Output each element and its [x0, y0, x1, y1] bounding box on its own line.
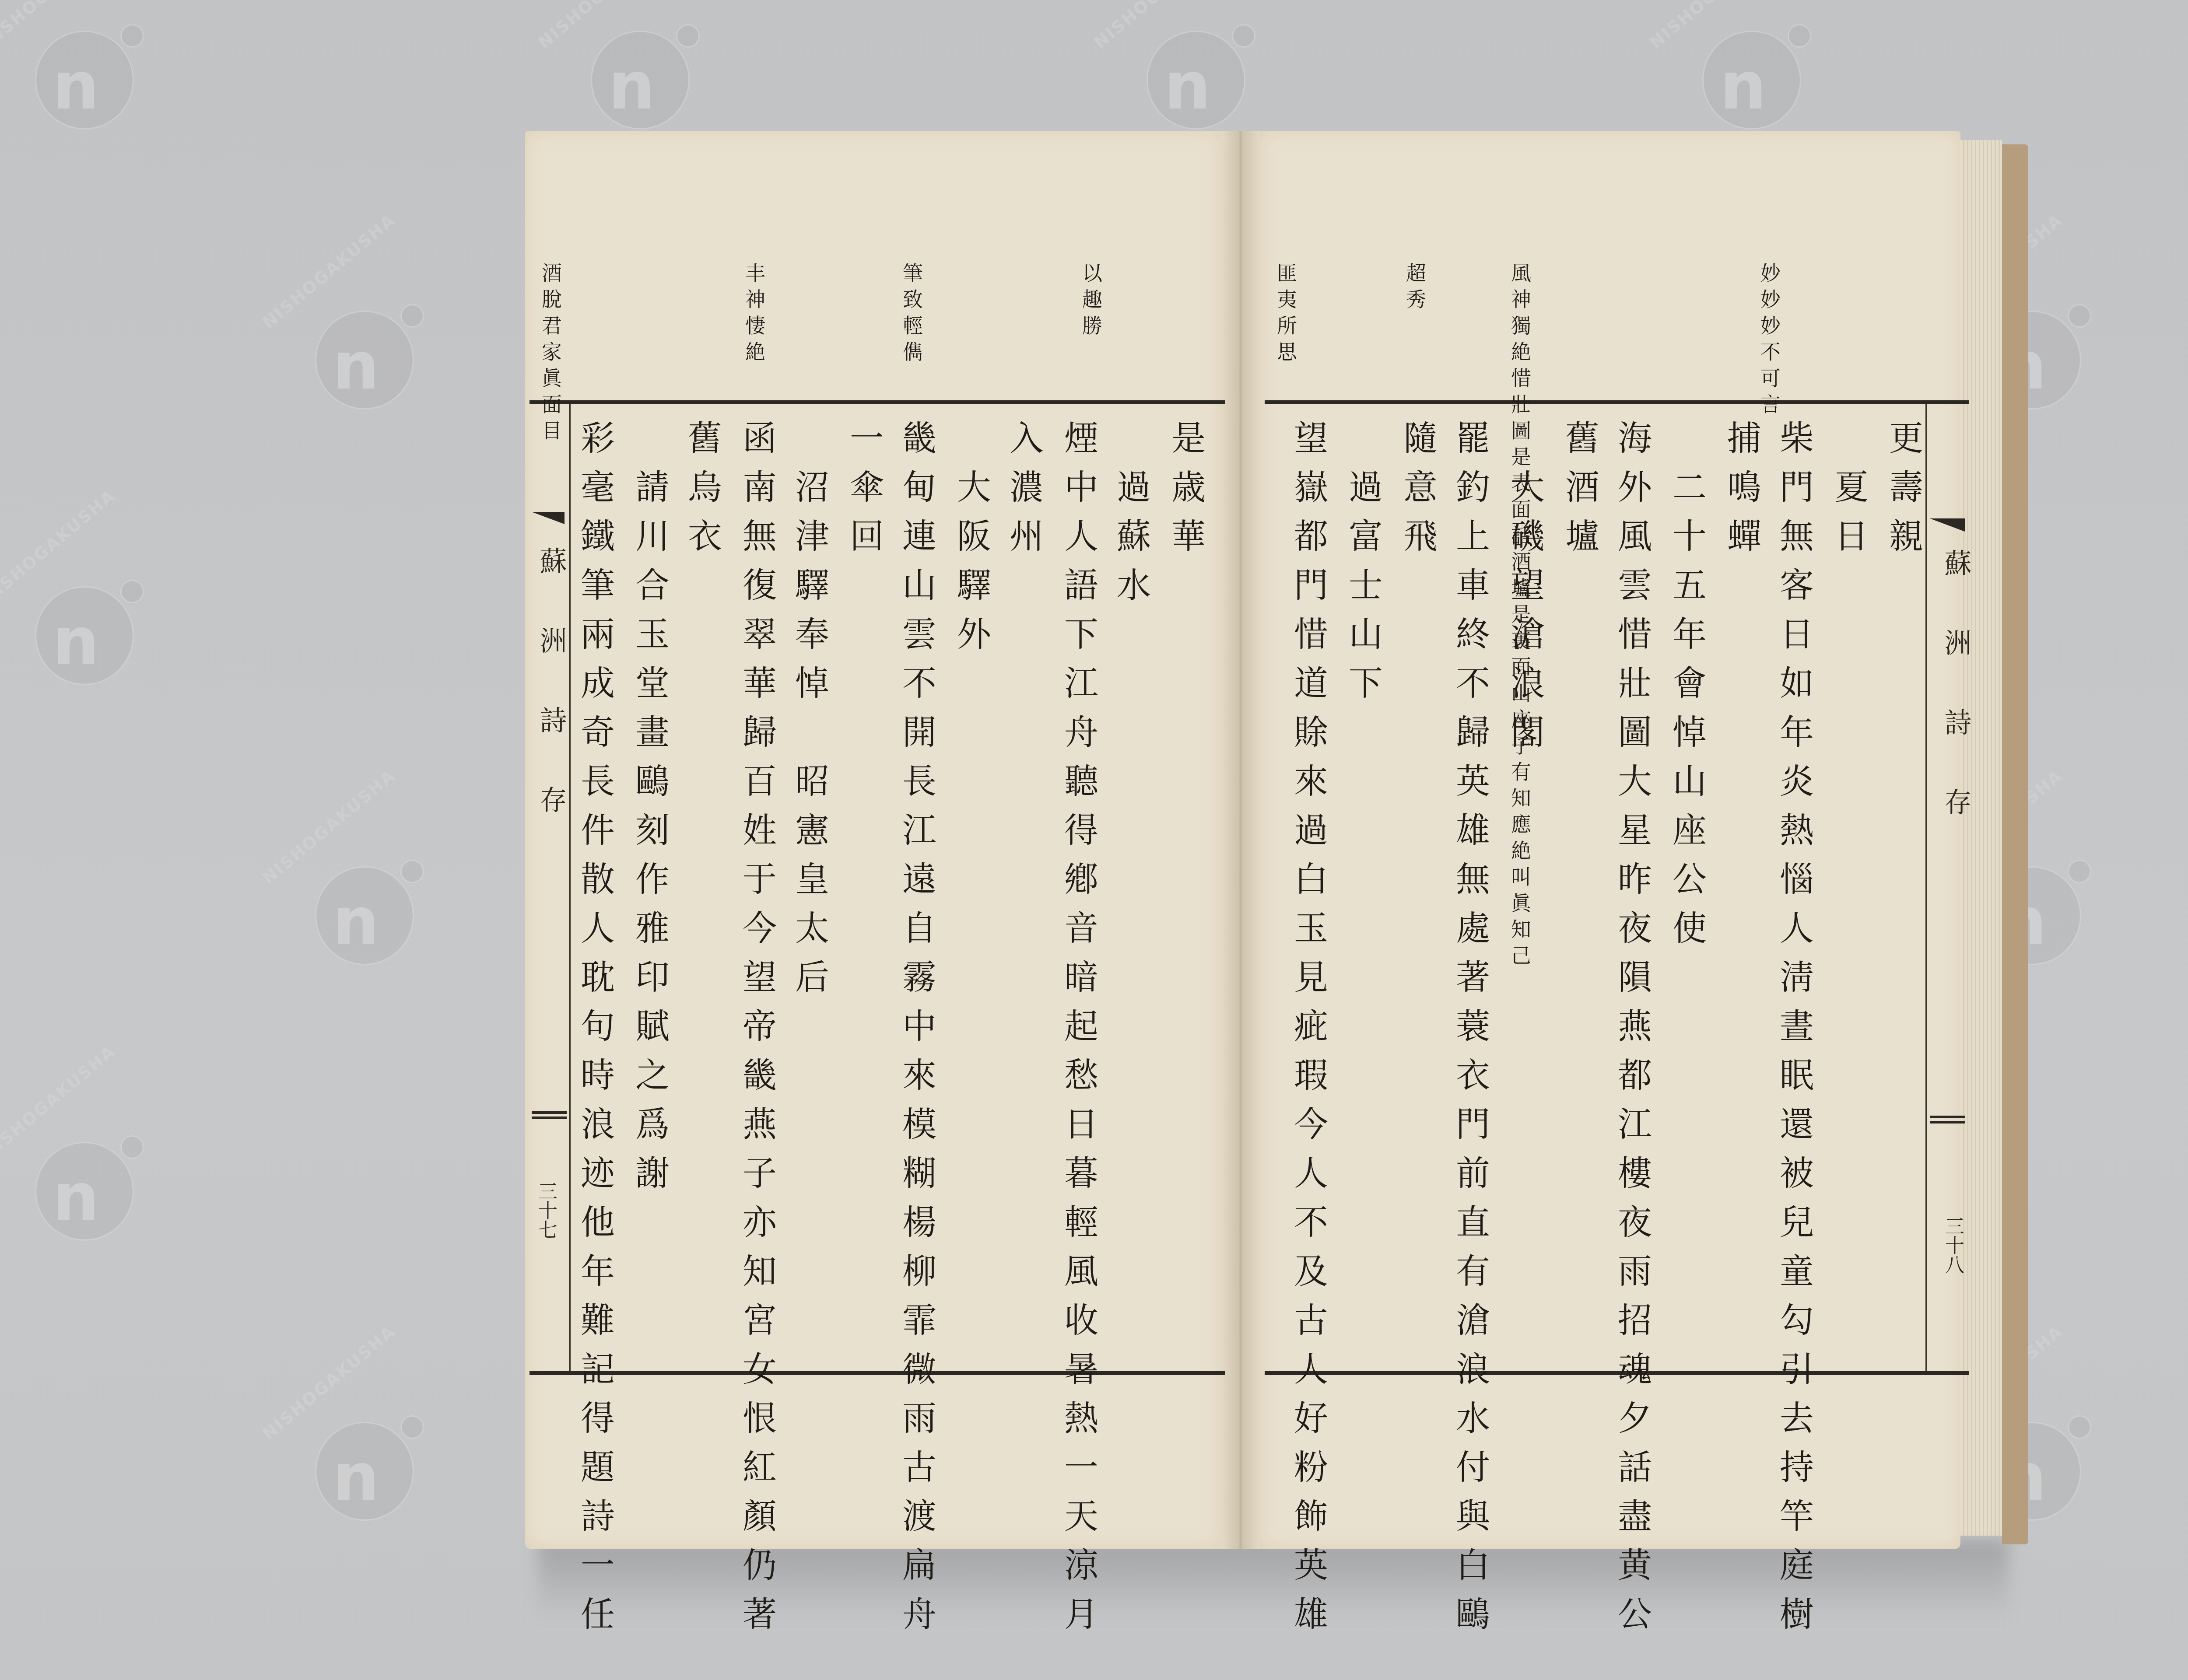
left-col-8: 沼津驛奉悼 昭憲皇太后	[792, 420, 826, 1008]
right-col-11: 過富士山下	[1346, 420, 1380, 714]
left-col-3: 煙中人語下江舟聽得鄕音暗起愁日暮輕風收暑熱一天涼月	[1061, 420, 1095, 1645]
left-head-note-3: 丰神悽絶	[744, 262, 764, 394]
left-col-7: 一傘回	[847, 420, 881, 567]
left-col-12: 彩毫鐵筆兩成奇長件散人耽句時浪迹他年難記得題詩一任	[578, 420, 612, 1645]
left-col-9: 函南無復翠華歸百姓于今望帝畿燕子亦知宮女恨紅顏仍著	[740, 420, 774, 1645]
left-fishtail-mark	[532, 512, 565, 524]
right-head-note-4: 匪夷所思	[1276, 262, 1296, 367]
left-head-note-1: 以趣勝	[1081, 262, 1101, 341]
right-col-9: 罷釣上車終不歸英雄無處著蓑衣門前直有滄浪水付與白鷗	[1453, 420, 1487, 1645]
left-col-11: 請川合玉堂畫鷗刻作雅印賦之爲謝	[632, 420, 666, 1204]
right-fold-rule	[1925, 404, 1927, 1371]
left-col-4: 入濃州	[1006, 420, 1041, 567]
right-col-4: 捕鳴蟬	[1724, 420, 1758, 567]
right-head-note-3: 超秀	[1405, 262, 1425, 315]
left-double-rule	[532, 1111, 567, 1119]
right-col-3: 柴門無客日如年炎熱惱人淸晝眠還被兒童勾引去持竿庭樹	[1777, 420, 1811, 1645]
left-head-note-4: 酒脫君家眞面目	[540, 262, 561, 394]
right-double-rule	[1930, 1116, 1965, 1123]
right-head-note-2: 風神獨絶惜壯圖是表面話酒壚是裏面山座子有知應絶叫眞知己	[1510, 262, 1530, 394]
right-col-1: 更壽親	[1886, 420, 1920, 567]
left-col-6: 畿甸連山雲不開長江遠自霧中來模糊楊柳霏微雨古渡扁舟	[899, 420, 933, 1645]
right-col-10: 隨意飛	[1400, 420, 1434, 567]
right-col-2: 夏日	[1831, 420, 1865, 567]
right-col-7: 舊酒壚	[1562, 420, 1596, 567]
left-head-note-2: 筆致輕儁	[901, 262, 922, 367]
right-fold-title: 蘇洲詩存	[1936, 549, 1975, 868]
right-col-5: 二十五年會悼山座公使	[1669, 420, 1704, 959]
right-head-note-1: 妙妙妙不可言	[1759, 262, 1779, 394]
left-col-5: 大阪驛外	[954, 420, 988, 665]
left-page-number: 三十七	[532, 1181, 560, 1239]
left-fold-title: 蘇洲詩存	[532, 547, 571, 865]
right-fishtail-mark	[1930, 518, 1965, 532]
right-col-6: 海外風雲惜壯圖大星昨夜隕燕都江樓夜雨招魂夕話盡黄公	[1615, 420, 1649, 1645]
right-col-12: 望嶽都門惜道賖來過白玉見疵瑕今人不及古人好粉飾英雄	[1291, 420, 1325, 1645]
right-col-8: 大磯望滄浪閣	[1508, 420, 1542, 763]
left-col-1: 是歳華	[1168, 420, 1203, 567]
right-page-number: 三十八	[1939, 1216, 1967, 1274]
left-col-2: 過蘇水	[1114, 420, 1148, 616]
left-col-10: 舊烏衣	[685, 420, 719, 567]
book-cover-edge	[2002, 144, 2028, 1544]
book-gutter	[1221, 131, 1260, 1549]
